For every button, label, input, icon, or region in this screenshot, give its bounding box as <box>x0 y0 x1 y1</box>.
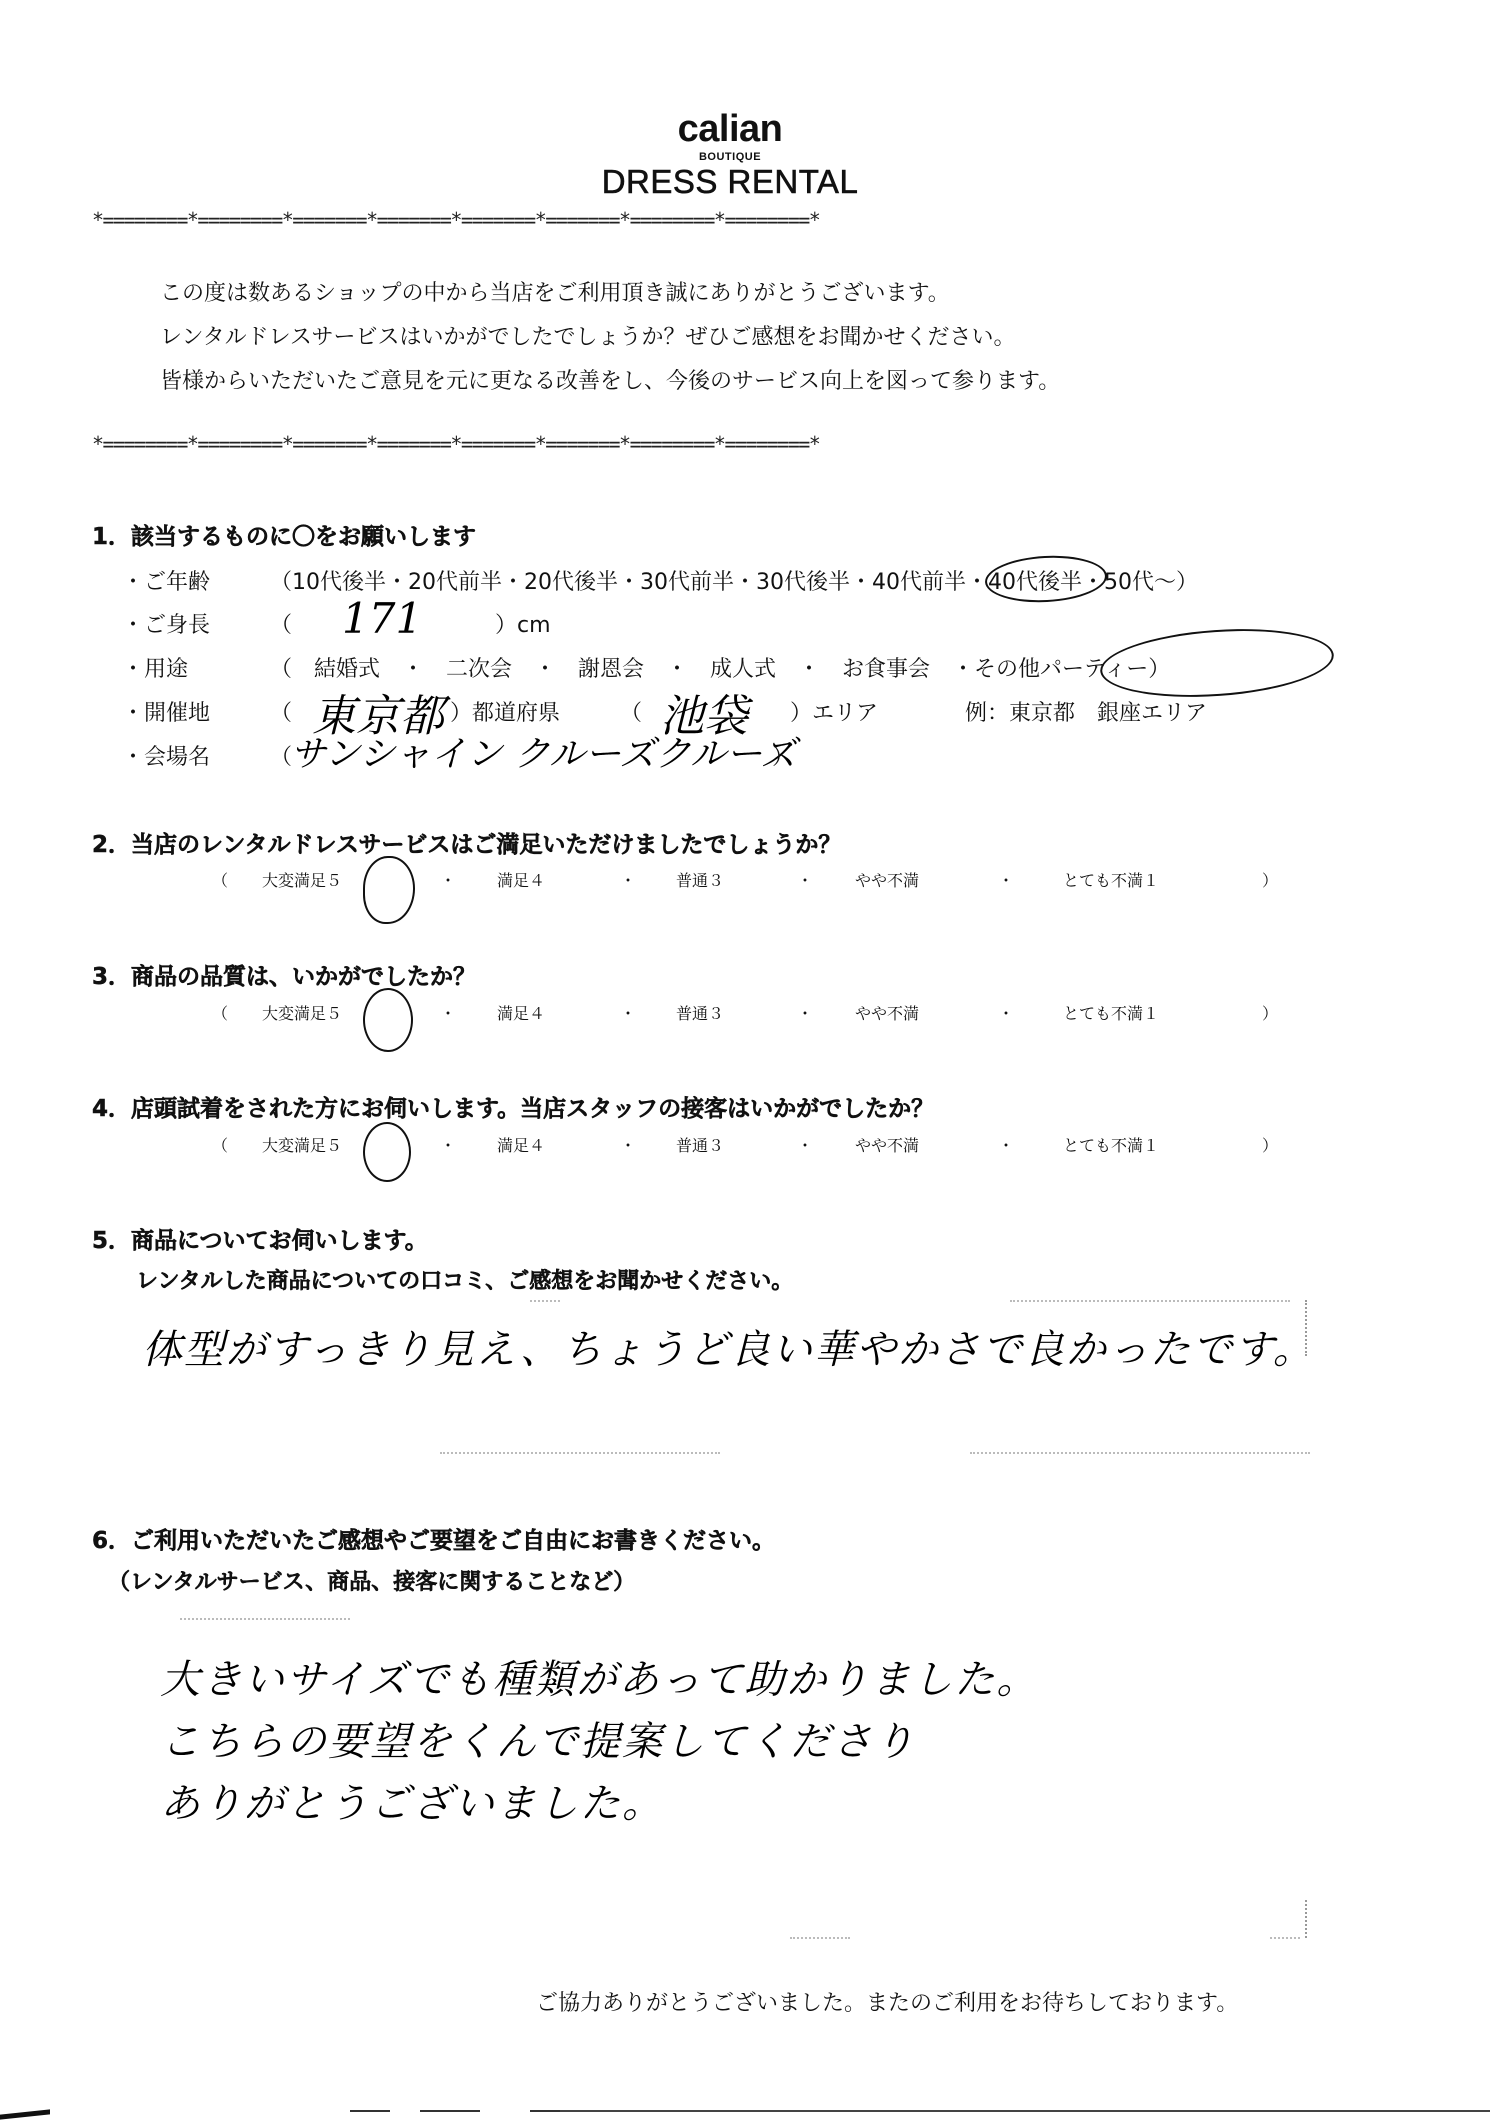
question-6-answer-line-1[interactable]: 大きいサイズでも種類があって助かりました。 <box>160 1648 1038 1705</box>
scan-edge-mark <box>0 2109 50 2119</box>
venue-value[interactable]: サンシャイン クルーズクルーズ <box>290 726 796 777</box>
height-unit: ）cm <box>495 608 551 639</box>
purpose-option-selected[interactable]: その他パーティー <box>974 657 1148 682</box>
rating-sep: ・ <box>440 868 456 891</box>
venue-label: ・会場名 <box>122 740 210 771</box>
age-options[interactable]: （10代後半・20代前半・20代後半・30代前半・30代後半・40代前半・40代… <box>270 565 1198 596</box>
rating-option-1[interactable]: とても不満１ <box>1063 1001 1159 1024</box>
rating-option-1[interactable]: とても不満１ <box>1063 868 1159 891</box>
rating-close-paren: ） <box>1262 1133 1278 1156</box>
venue-open-paren: （ <box>270 740 292 771</box>
rating-option-2[interactable]: やや不満 <box>855 868 919 891</box>
dotted-guide <box>1305 1900 1307 1938</box>
rating-sep: ・ <box>797 1001 813 1024</box>
question-5-subtitle: レンタルした商品についての口コミ、ご感想をお聞かせください。 <box>136 1264 793 1295</box>
dotted-guide <box>1270 1937 1300 1939</box>
question-6-answer-line-3[interactable]: ありがとうございました。 <box>160 1772 664 1829</box>
rating-open-paren: （ <box>212 868 228 891</box>
rating-option-2[interactable]: やや不満 <box>855 1133 919 1156</box>
rating-option-5[interactable]: 大変満足５ <box>262 1133 342 1156</box>
question-6-subtitle: （レンタルサービス、商品、接客に関することなど） <box>108 1565 635 1596</box>
rating-option-3[interactable]: 普通３ <box>676 1133 724 1156</box>
bottom-rule <box>350 2110 390 2112</box>
rating-option-1[interactable]: とても不満１ <box>1063 1133 1159 1156</box>
rating-option-4[interactable]: 満足４ <box>497 1001 545 1024</box>
bottom-rule <box>560 2110 1490 2112</box>
rating-option-4[interactable]: 満足４ <box>497 868 545 891</box>
rating-option-5[interactable]: 大変満足５ <box>262 1001 342 1024</box>
question-3-rating[interactable]: （ 大変満足５ ・ 満足４ ・ 普通３ ・ やや不満 ・ とても不満１ ） <box>0 1001 1400 1041</box>
rating-open-paren: （ <box>212 1133 228 1156</box>
rating-sep: ・ <box>797 1133 813 1156</box>
age-options-after: ・40代後半・50代〜） <box>966 570 1198 595</box>
age-option-selected[interactable]: 40代前半 <box>872 570 966 595</box>
purpose-options-before: （ 結婚式 ・ 二次会 ・ 謝恩会 ・ 成人式 ・ お食事会 ・ <box>270 657 974 682</box>
rating-sep: ・ <box>620 1133 636 1156</box>
brand-subtitle: BOUTIQUE <box>0 151 1460 163</box>
question-5-title: 5．商品についてお伺いします。 <box>92 1222 428 1255</box>
location-label: ・開催地 <box>122 696 210 727</box>
intro-line-2: レンタルドレスサービスはいかがでしたでしょうか？ぜひご感想をお聞かせください。 <box>160 316 1015 360</box>
rating-option-2[interactable]: やや不満 <box>855 1001 919 1024</box>
rating-option-3[interactable]: 普通３ <box>676 1001 724 1024</box>
question-4-title: 4．店頭試着をされた方にお伺いします。当店スタッフの接客はいかがでしたか？ <box>92 1090 934 1123</box>
rating-sep: ・ <box>440 1001 456 1024</box>
venue-close-paren: ） <box>772 740 794 771</box>
dotted-guide <box>1010 1300 1290 1302</box>
divider-bottom: *========*========*=======*=======*=====… <box>92 432 1382 456</box>
brand-name: calian <box>0 108 1460 151</box>
dotted-guide <box>530 1300 560 1302</box>
intro-line-3: 皆様からいただいたご意見を元に更なる改善をし、今後のサービス向上を図って参ります… <box>160 360 1060 404</box>
footer-thanks: ご協力ありがとうございました。またのご利用をお待ちしております。 <box>536 1986 1238 2017</box>
intro-line-1: この度は数あるショップの中から当店をご利用頂き誠にありがとうございます。 <box>160 272 950 316</box>
question-6-title: 6．ご利用いただいたご感想やご要望をご自由にお書きください。 <box>92 1522 775 1555</box>
location-example: 例：東京都 銀座エリア <box>965 696 1207 727</box>
rating-sep: ・ <box>797 868 813 891</box>
rating-sep: ・ <box>620 868 636 891</box>
age-label: ・ご年齢 <box>122 565 210 596</box>
area-open-paren: （ <box>620 696 642 727</box>
prefecture-open-paren: （ <box>270 696 292 727</box>
rating-sep: ・ <box>998 868 1014 891</box>
rating-option-3[interactable]: 普通３ <box>676 868 724 891</box>
question-3-title: 3．商品の品質は、いかがでしたか？ <box>92 958 476 991</box>
purpose-close-paren: ） <box>1148 657 1170 682</box>
dotted-guide <box>180 1618 350 1620</box>
area-suffix: ）エリア <box>790 696 878 727</box>
dotted-guide <box>440 1452 720 1454</box>
question-5-answer[interactable]: 体型がすっきり見え、ちょうど良い華やかさで良かったです。 <box>142 1318 1315 1375</box>
age-options-before: （10代後半・20代前半・20代後半・30代前半・30代後半・ <box>270 570 872 595</box>
height-label: ・ご身長 <box>122 608 210 639</box>
height-value[interactable]: 171 <box>342 594 422 643</box>
question-1-title: 1．該当するものに〇をお願いします <box>92 518 476 551</box>
question-6-answer-line-2[interactable]: こちらの要望をくんで提案してくださり <box>160 1710 916 1767</box>
rating-sep: ・ <box>998 1001 1014 1024</box>
height-open-paren: （ <box>270 608 292 639</box>
prefecture-suffix: ）都道府県 <box>450 696 560 727</box>
question-4-rating[interactable]: （ 大変満足５ ・ 満足４ ・ 普通３ ・ やや不満 ・ とても不満１ ） <box>0 1133 1400 1173</box>
dotted-guide <box>790 1937 850 1939</box>
question-2-title: 2．当店のレンタルドレスサービスはご満足いただけましたでしょうか？ <box>92 826 841 859</box>
rating-close-paren: ） <box>1262 1001 1278 1024</box>
rating-option-5[interactable]: 大変満足５ <box>262 868 342 891</box>
rating-option-4[interactable]: 満足４ <box>497 1133 545 1156</box>
rating-close-paren: ） <box>1262 868 1278 891</box>
dotted-guide <box>970 1452 1310 1454</box>
rating-sep: ・ <box>440 1133 456 1156</box>
question-2-rating[interactable]: （ 大変満足５ ・ 満足４ ・ 普通３ ・ やや不満 ・ とても不満１ ） <box>0 868 1400 908</box>
rating-sep: ・ <box>620 1001 636 1024</box>
rating-sep: ・ <box>998 1133 1014 1156</box>
purpose-options[interactable]: （ 結婚式 ・ 二次会 ・ 謝恩会 ・ 成人式 ・ お食事会 ・その他パーティー… <box>270 652 1170 683</box>
rating-open-paren: （ <box>212 1001 228 1024</box>
brand-title: DRESS RENTAL <box>0 163 1460 201</box>
purpose-label: ・用途 <box>122 652 188 683</box>
divider-top: *========*========*=======*=======*=====… <box>92 208 1382 232</box>
bottom-rule <box>420 2110 480 2112</box>
